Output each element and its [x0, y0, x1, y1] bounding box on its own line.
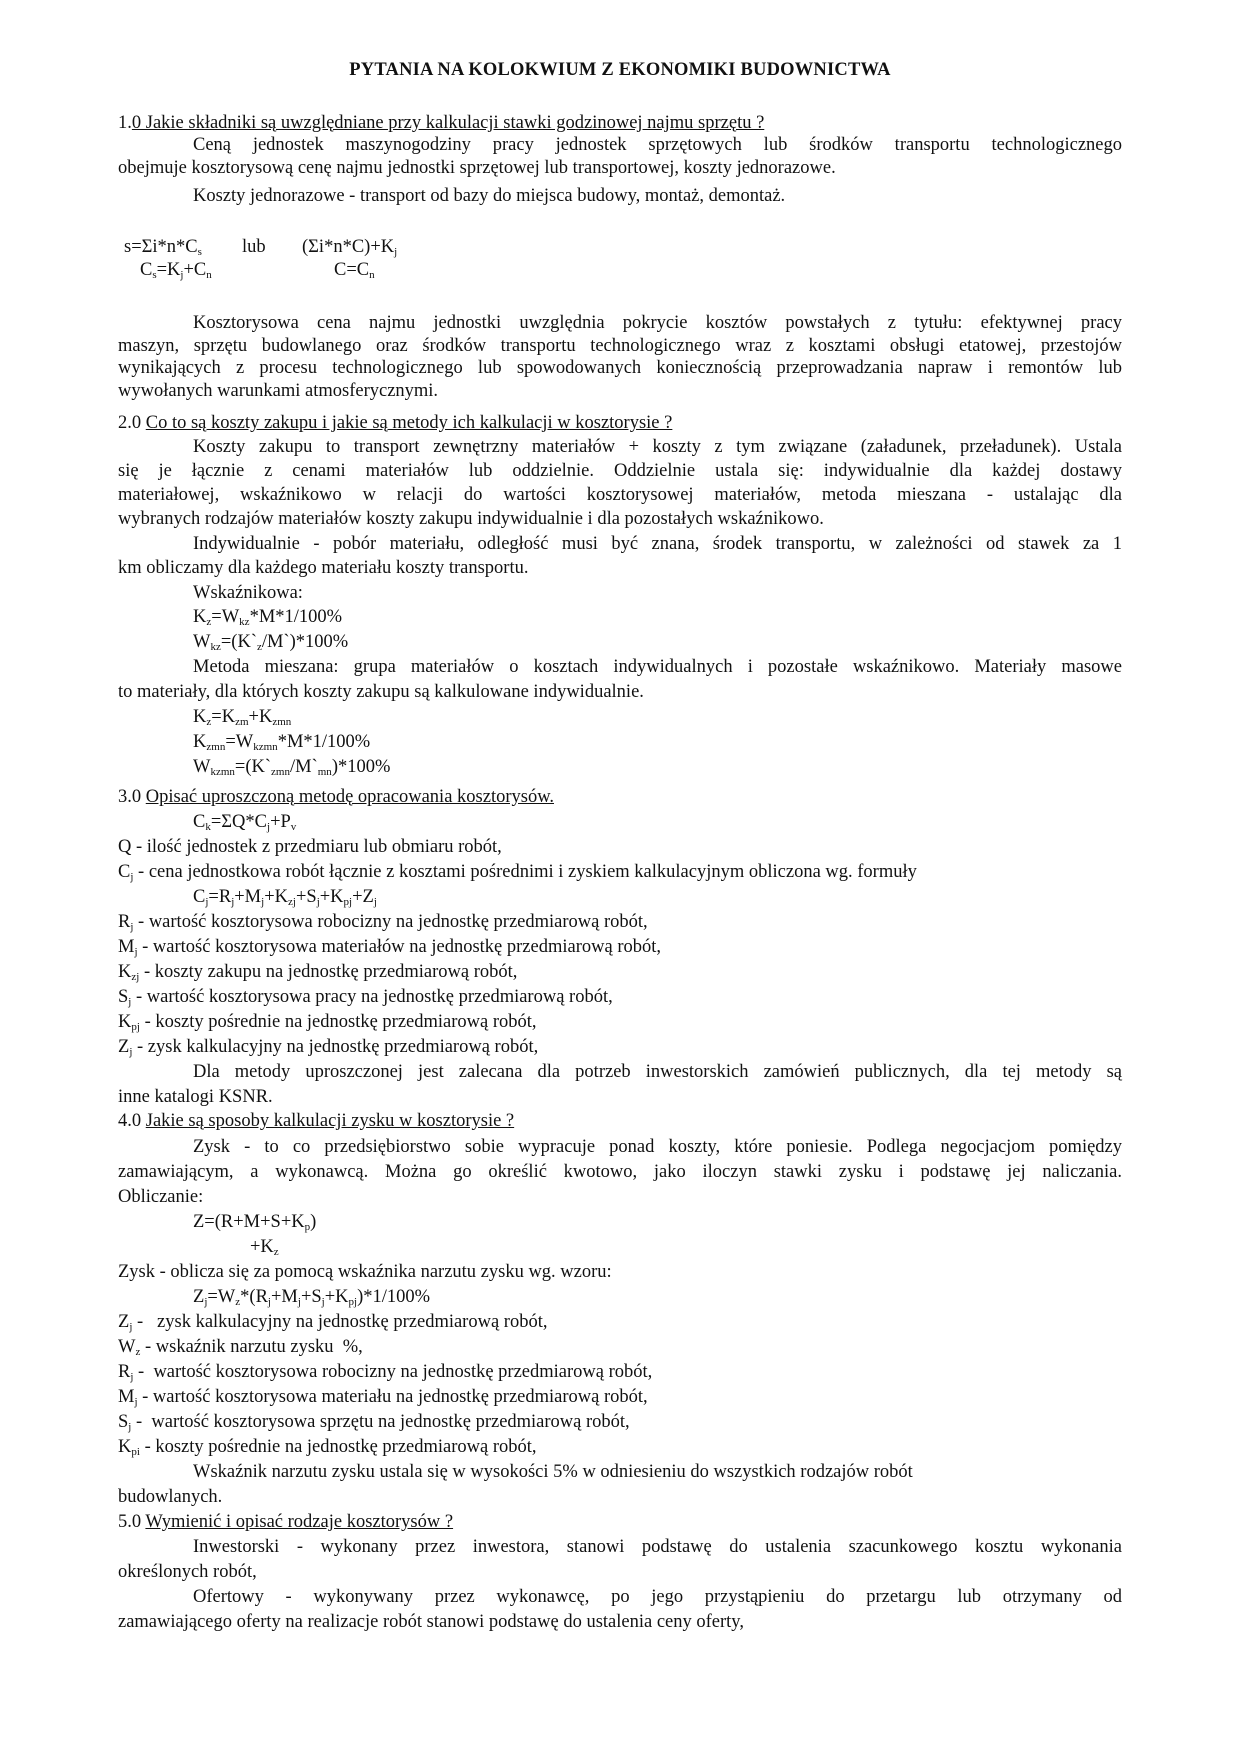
- symbol-sub: pi: [131, 1446, 140, 1458]
- symbol: R: [118, 1362, 130, 1382]
- formula-part: +K: [250, 1237, 274, 1257]
- formula-line: Kzmn=Wkzmn*M*1/100%: [193, 731, 370, 753]
- formula-part: *M*1/100%: [250, 607, 343, 627]
- formula-or: lub: [242, 236, 266, 258]
- formula-part: C: [193, 812, 205, 832]
- definition-line: Cj - cena jednostkowa robót łącznie z ko…: [118, 861, 1122, 883]
- definition-line: Rj - wartość kosztorysowa robocizny na j…: [118, 1361, 1122, 1383]
- formula-part: +C: [183, 260, 206, 280]
- paragraph-line: zamawiającego oferty na realizacje robót…: [118, 1611, 1122, 1633]
- formula-part: *M*1/100%: [278, 732, 371, 752]
- question-text: Wymienić i opisać rodzaje kosztorysów ?: [145, 1512, 453, 1532]
- formula-sub: z: [274, 1246, 279, 1258]
- paragraph-line: materiałowej, wskaźnikowo w relacji do w…: [118, 484, 1122, 506]
- formula-part: /M`)*100%: [262, 632, 348, 652]
- formula-line: Wkzmn=(K`zmn/M`mn)*100%: [193, 756, 390, 778]
- paragraph-line: wybranych rodzajów materiałów koszty zak…: [118, 508, 1122, 530]
- formula-line: Cs=Kj+Cn C=Cn: [140, 259, 1144, 281]
- symbol: Z: [118, 1037, 129, 1057]
- definition-line: Kpj - koszty pośrednie na jednostkę prze…: [118, 1011, 1122, 1033]
- formula-sub: zm: [235, 716, 248, 728]
- formula-sub: j: [374, 896, 377, 908]
- paragraph-line: się je łącznie z cenami materiałów lub o…: [118, 460, 1122, 482]
- definition-line: Wz - wskaźnik narzutu zysku %,: [118, 1336, 1122, 1358]
- formula-part: +Z: [352, 887, 374, 907]
- formula-part: (Σi*n*C)+Kj: [302, 236, 397, 258]
- question-text: 0 Jakie składniki są uwzględniane przy k…: [132, 113, 764, 133]
- formula-line: Kz=Wkz*M*1/100%: [193, 606, 342, 628]
- formula-part: s=Σi*n*C: [124, 237, 198, 257]
- symbol: M: [118, 937, 134, 957]
- formula-part: =W: [207, 1287, 235, 1307]
- paragraph-line: Koszty zakupu to transport zewnętrzny ma…: [118, 436, 1122, 458]
- question-1-heading: 1.0 Jakie składniki są uwzględniane przy…: [118, 112, 1122, 134]
- formula-part: =K: [157, 260, 181, 280]
- definition-text: - zysk kalkulacyjny na jednostkę przedmi…: [132, 1312, 547, 1332]
- paragraph-line: zamawiającym, a wykonawcą. Można go okre…: [118, 1161, 1122, 1183]
- definition-line: Zj - zysk kalkulacyjny na jednostkę prze…: [118, 1036, 1122, 1058]
- definition-text: - koszty pośrednie na jednostkę przedmia…: [140, 1437, 537, 1457]
- definition-line: Sj - wartość kosztorysowa sprzętu na jed…: [118, 1411, 1122, 1433]
- paragraph-line: Indywidualnie - pobór materiału, odległo…: [118, 533, 1122, 555]
- formula-part: =W: [225, 732, 253, 752]
- definition-line: Mj - wartość kosztorysowa materiałów na …: [118, 936, 1122, 958]
- paragraph-line: Inwestorski - wykonany przez inwestora, …: [118, 1536, 1122, 1558]
- definition-line: Rj - wartość kosztorysowa robocizny na j…: [118, 911, 1122, 933]
- question-number: 4.0: [118, 1111, 146, 1131]
- definition-text: - wskaźnik narzutu zysku %,: [140, 1337, 362, 1357]
- paragraph-line: budowlanych.: [118, 1486, 1122, 1508]
- formula-part: +K: [249, 707, 273, 727]
- formula-part: )*1/100%: [357, 1287, 430, 1307]
- formula-sub: n: [206, 269, 212, 281]
- paragraph-line: wywołanych warunkami atmosferycznymi.: [118, 380, 1122, 402]
- formula-part: =W: [211, 607, 239, 627]
- formula-line: Zj=Wz*(Rj+Mj+Sj+Kpj)*1/100%: [193, 1286, 430, 1308]
- question-text: Jakie są sposoby kalkulacji zysku w kosz…: [146, 1111, 514, 1131]
- symbol: S: [118, 1412, 128, 1432]
- document-page: PYTANIA NA KOLOKWIUM Z EKONOMIKI BUDOWNI…: [0, 0, 1240, 1754]
- symbol: K: [118, 1012, 131, 1032]
- formula-part: +M: [271, 1287, 298, 1307]
- formula-part: +S: [296, 887, 317, 907]
- formula-part: +K: [325, 1287, 349, 1307]
- paragraph-line: wynikających z procesu technologicznego …: [118, 357, 1122, 379]
- formula-part: ): [310, 1212, 316, 1232]
- formula-line: Wkz=(K`z/M`)*100%: [193, 631, 348, 653]
- symbol: R: [118, 912, 130, 932]
- formula-part: =(K`: [235, 757, 271, 777]
- symbol: M: [118, 1387, 134, 1407]
- formula-part: C: [140, 260, 152, 280]
- formula-text: (Σi*n*C)+K: [302, 237, 394, 257]
- question-4-heading: 4.0 Jakie są sposoby kalkulacji zysku w …: [118, 1110, 1122, 1132]
- formula-part: *(R: [240, 1287, 268, 1307]
- formula-part: K: [193, 607, 206, 627]
- formula-line: Kz=Kzm+Kzmn: [193, 706, 291, 728]
- symbol: Z: [118, 1312, 129, 1332]
- question-5-heading: 5.0 Wymienić i opisać rodzaje kosztorysó…: [118, 1511, 1122, 1533]
- formula-sub: n: [369, 269, 375, 281]
- paragraph-line: Metoda mieszana: grupa materiałów o kosz…: [118, 656, 1122, 678]
- paragraph-line: Obliczanie:: [118, 1186, 1122, 1208]
- formula-sub: pj: [349, 1296, 358, 1308]
- paragraph-line: Ceną jednostek maszynogodziny pracy jedn…: [118, 134, 1122, 156]
- definition-text: - wartość kosztorysowa materiału na jedn…: [138, 1387, 648, 1407]
- question-number: 5.0: [118, 1512, 145, 1532]
- formula-part: +P: [270, 812, 291, 832]
- formula-text: C=C: [334, 260, 369, 280]
- formula-part: =R: [208, 887, 231, 907]
- definition-text: - zysk kalkulacyjny na jednostkę przedmi…: [132, 1037, 538, 1057]
- definition-line: Kpi - koszty pośrednie na jednostkę prze…: [118, 1436, 1122, 1458]
- question-number: 1.: [118, 113, 132, 133]
- definition-text: - koszty pośrednie na jednostkę przedmia…: [140, 1012, 537, 1032]
- formula-sub: kzmn: [210, 766, 234, 778]
- paragraph-line: maszyn, sprzętu budowlanego oraz środków…: [118, 335, 1122, 357]
- question-text: Co to są koszty zakupu i jakie są metody…: [146, 413, 673, 433]
- formula-part: )*100%: [332, 757, 391, 777]
- formula-sub: pj: [344, 896, 353, 908]
- formula-line: s=Σi*n*Cs lub (Σi*n*C)+Kj: [124, 236, 1128, 258]
- paragraph-line: inne katalogi KSNR.: [118, 1086, 1122, 1108]
- definition-line: Sj - wartość kosztorysowa pracy na jedno…: [118, 986, 1122, 1008]
- definition-text: - wartość kosztorysowa robocizny na jedn…: [133, 912, 647, 932]
- formula-sub: v: [291, 821, 297, 833]
- document-title: PYTANIA NA KOLOKWIUM Z EKONOMIKI BUDOWNI…: [0, 60, 1240, 81]
- formula-part: =ΣQ*C: [211, 812, 267, 832]
- definition-text: - wartość kosztorysowa materiałów na jed…: [138, 937, 661, 957]
- paragraph-line: Zysk - oblicza się za pomocą wskaźnika n…: [118, 1261, 1122, 1283]
- formula-part: W: [193, 632, 210, 652]
- symbol: W: [118, 1337, 135, 1357]
- formula-part: /M`: [290, 757, 318, 777]
- formula-line: +Kz: [250, 1236, 279, 1258]
- question-number: 2.0: [118, 413, 146, 433]
- question-number: 3.0: [118, 787, 146, 807]
- formula-sub: kz: [239, 616, 249, 628]
- formula-part: +K: [320, 887, 344, 907]
- definition-line: Kzj - koszty zakupu na jednostkę przedmi…: [118, 961, 1122, 983]
- definition-line: Mj - wartość kosztorysowa materiału na j…: [118, 1386, 1122, 1408]
- definition-text: - wartość kosztorysowa sprzętu na jednos…: [131, 1412, 629, 1432]
- paragraph-line: określonych robót,: [118, 1561, 1122, 1583]
- formula-part: C=Cn: [334, 259, 375, 281]
- formula-sub: kzmn: [253, 741, 277, 753]
- paragraph-line: Ofertowy - wykonywany przez wykonawcę, p…: [118, 1586, 1122, 1608]
- symbol: K: [118, 962, 131, 982]
- formula-part: =K: [211, 707, 235, 727]
- subheading: Wskaźnikowa:: [193, 582, 303, 604]
- formula-sub: zmn: [271, 766, 290, 778]
- paragraph-line: Wskaźnik narzutu zysku ustala się w wyso…: [118, 1461, 1122, 1483]
- paragraph-line: to materiały, dla których koszty zakupu …: [118, 681, 1122, 703]
- definition-line: Q - ilość jednostek z przedmiaru lub obm…: [118, 836, 1122, 858]
- question-text: Opisać uproszczoną metodę opracowania ko…: [146, 787, 554, 807]
- symbol: K: [118, 1437, 131, 1457]
- formula-sub: zmn: [206, 741, 225, 753]
- formula-sub: s: [198, 246, 202, 258]
- formula-part: C: [193, 887, 205, 907]
- formula-sub: kz: [210, 641, 220, 653]
- paragraph-line: obejmuje kosztorysową cenę najmu jednost…: [118, 157, 1122, 179]
- definition-text: - wartość kosztorysowa pracy na jednostk…: [131, 987, 612, 1007]
- formula-part: Z: [193, 1287, 204, 1307]
- formula-line: Z=(R+M+S+Kp): [193, 1211, 316, 1233]
- formula-part: +S: [301, 1287, 322, 1307]
- definition-text: - koszty zakupu na jednostkę przedmiarow…: [139, 962, 517, 982]
- formula-part: =(K`: [221, 632, 257, 652]
- question-3-heading: 3.0 Opisać uproszczoną metodę opracowani…: [118, 786, 1122, 808]
- definition-text: - wartość kosztorysowa robocizny na jedn…: [133, 1362, 652, 1382]
- paragraph-line: Koszty jednorazowe - transport od bazy d…: [118, 185, 1122, 207]
- paragraph-line: Kosztorysowa cena najmu jednostki uwzglę…: [118, 312, 1122, 334]
- definition-text: - cena jednostkowa robót łącznie z koszt…: [133, 862, 916, 882]
- formula-line: Ck=ΣQ*Cj+Pv: [193, 811, 296, 833]
- paragraph-line: Zysk - to co przedsiębiorstwo sobie wypr…: [118, 1136, 1122, 1158]
- symbol: C: [118, 862, 130, 882]
- formula-line: Cj=Rj+Mj+Kzj+Sj+Kpj+Zj: [193, 886, 377, 908]
- symbol-sub: pj: [131, 1021, 140, 1033]
- formula-sub: j: [394, 246, 397, 258]
- question-2-heading: 2.0 Co to są koszty zakupu i jakie są me…: [118, 412, 1122, 434]
- formula-sub: zj: [288, 896, 296, 908]
- formula-part: K: [193, 732, 206, 752]
- formula-sub: mn: [318, 766, 332, 778]
- paragraph-line: km obliczamy dla każdego materiału koszt…: [118, 557, 1122, 579]
- formula-part: +K: [264, 887, 288, 907]
- formula-part: Z=(R+M+S+K: [193, 1212, 305, 1232]
- formula-part: W: [193, 757, 210, 777]
- paragraph-line: Dla metody uproszczonej jest zalecana dl…: [118, 1061, 1122, 1083]
- formula-part: K: [193, 707, 206, 727]
- formula-sub: zmn: [272, 716, 291, 728]
- symbol: S: [118, 987, 128, 1007]
- definition-line: Zj - zysk kalkulacyjny na jednostkę prze…: [118, 1311, 1122, 1333]
- formula-part: +M: [234, 887, 261, 907]
